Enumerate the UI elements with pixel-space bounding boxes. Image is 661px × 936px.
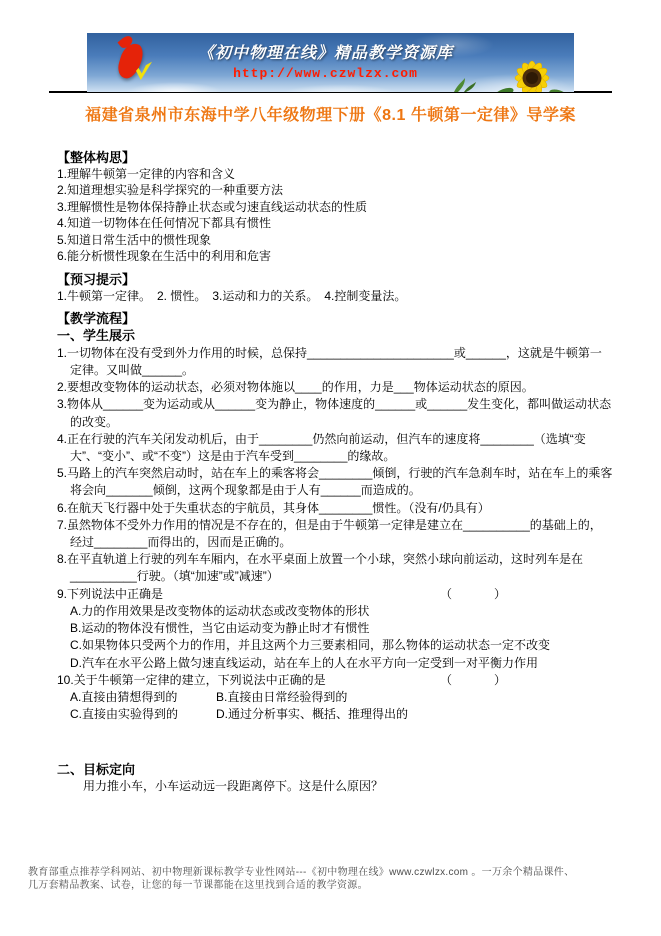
banner-site-url[interactable]: http://www.czwlzx.com	[157, 66, 494, 81]
question-5: 5.马路上的汽车突然启动时，站在车上的乘客将会________倾倒，行驶的汽车急…	[57, 465, 613, 499]
page-footer: 教育部重点推荐学科网站、初中物理新课标教学专业性网站---《初中物理在线》www…	[28, 866, 645, 892]
question-10-option-b: B.直接由日常经验得到的	[216, 689, 613, 706]
question-list: 1.一切物体在没有受到外力作用的时候，总保持__________________…	[57, 345, 613, 723]
question-9-option-a: A.力的作用效果是改变物体的运动状态或改变物体的形状	[57, 603, 613, 620]
goal-paragraph: 用力推小车，小车运动远一段距离停下。这是什么原因？	[57, 778, 613, 794]
question-10-option-c: C.直接由实验得到的	[70, 706, 216, 723]
overall-item: 1.理解牛顿第一定律的内容和含义	[57, 166, 613, 182]
question-9-option-d: D.汽车在水平公路上做匀速直线运动，站在车上的人在水平方向一定受到一对平衡力作用	[57, 655, 613, 672]
question-8: 8.在平直轨道上行驶的列车车厢内，在水平桌面上放置一个小球，突然小球向前运动，这…	[57, 551, 613, 585]
document-page: 《初中物理在线》精品教学资源库 http://www.czwlzx.com	[0, 0, 661, 936]
section-heading-preview: 【预习提示】	[57, 271, 613, 288]
plant-sprig-icon	[452, 76, 478, 92]
question-10-option-a: A.直接由猜想得到的	[70, 689, 216, 706]
question-9-answer-bracket: （ ）	[440, 586, 512, 603]
question-1: 1.一切物体在没有受到外力作用的时候，总保持__________________…	[57, 345, 613, 379]
site-banner: 《初中物理在线》精品教学资源库 http://www.czwlzx.com	[87, 33, 574, 92]
question-9-option-c: C.如果物体只受两个力的作用，并且这两个力三要素相同，那么物体的运动状态一定不改…	[57, 637, 613, 654]
section-heading-overall: 【整体构思】	[57, 149, 613, 166]
question-9-option-b: B.运动的物体没有惯性，当它由运动变为静止时才有惯性	[57, 620, 613, 637]
document-body: 【整体构思】 1.理解牛顿第一定律的内容和含义 2.知道理想实验是科学探究的一种…	[57, 149, 613, 795]
subsection-students-show: 一、学生展示	[57, 327, 613, 344]
question-10-text: 10.关于牛顿第一定律的建立，下列说法中正确的是	[57, 673, 326, 687]
question-7: 7.虽然物体不受外力作用的情况是不存在的，但是由于牛顿第一定律是建立在_____…	[57, 517, 613, 551]
footer-line-1: 教育部重点推荐学科网站、初中物理新课标教学专业性网站---《初中物理在线》www…	[28, 866, 645, 879]
footer-line-2: 几万套精品教案、试卷，让您的每一节课都能在这里找到合适的教学资源。	[28, 879, 645, 892]
overall-item: 5.知道日常生活中的惯性现象	[57, 232, 613, 248]
question-9: 9.下列说法中正确是 （ ）	[57, 586, 613, 603]
section-heading-flow: 【教学流程】	[57, 310, 613, 327]
question-10-option-d: D.通过分析事实、概括、推理得出的	[216, 706, 613, 723]
sunflower-icon	[480, 48, 568, 92]
banner-text: 《初中物理在线》精品教学资源库 http://www.czwlzx.com	[157, 40, 494, 81]
subsection-goal: 二、目标定向	[57, 761, 613, 778]
question-10-options: A.直接由猜想得到的 B.直接由日常经验得到的 C.直接由实验得到的 D.通过分…	[57, 689, 613, 723]
overall-item: 3.理解惯性是物体保持静止状态或匀速直线运动状态的性质	[57, 199, 613, 215]
preview-line: 1.牛顿第一定律。 2. 惯性。 3.运动和力的关系。 4.控制变量法。	[57, 288, 613, 304]
question-2: 2.要想改变物体的运动状态，必须对物体施以____的作用，力是___物体运动状态…	[57, 379, 613, 396]
question-6: 6.在航天飞行器中处于失重状态的宇航员，其身体________惯性。（没有/仍具…	[57, 500, 613, 517]
question-10: 10.关于牛顿第一定律的建立，下列说法中正确的是 （ ）	[57, 672, 613, 689]
question-4: 4.正在行驶的汽车关闭发动机后，由于________仍然向前运动，但汽车的速度将…	[57, 431, 613, 465]
overall-item: 2.知道理想实验是科学探究的一种重要方法	[57, 182, 613, 198]
question-10-answer-bracket: （ ）	[440, 672, 512, 689]
overall-item: 4.知道一切物体在任何情况下都具有惯性	[57, 215, 613, 231]
page-title: 福建省泉州市东海中学八年级物理下册《8.1 牛顿第一定律》导学案	[0, 102, 661, 125]
banner-site-title: 《初中物理在线》精品教学资源库	[157, 40, 494, 63]
site-logo-icon	[117, 41, 159, 87]
overall-item: 6.能分析惯性现象在生活中的利用和危害	[57, 248, 613, 264]
question-3: 3.物体从______变为运动或从______变为静止，物体速度的______或…	[57, 396, 613, 430]
question-9-text: 9.下列说法中正确是	[57, 587, 163, 601]
